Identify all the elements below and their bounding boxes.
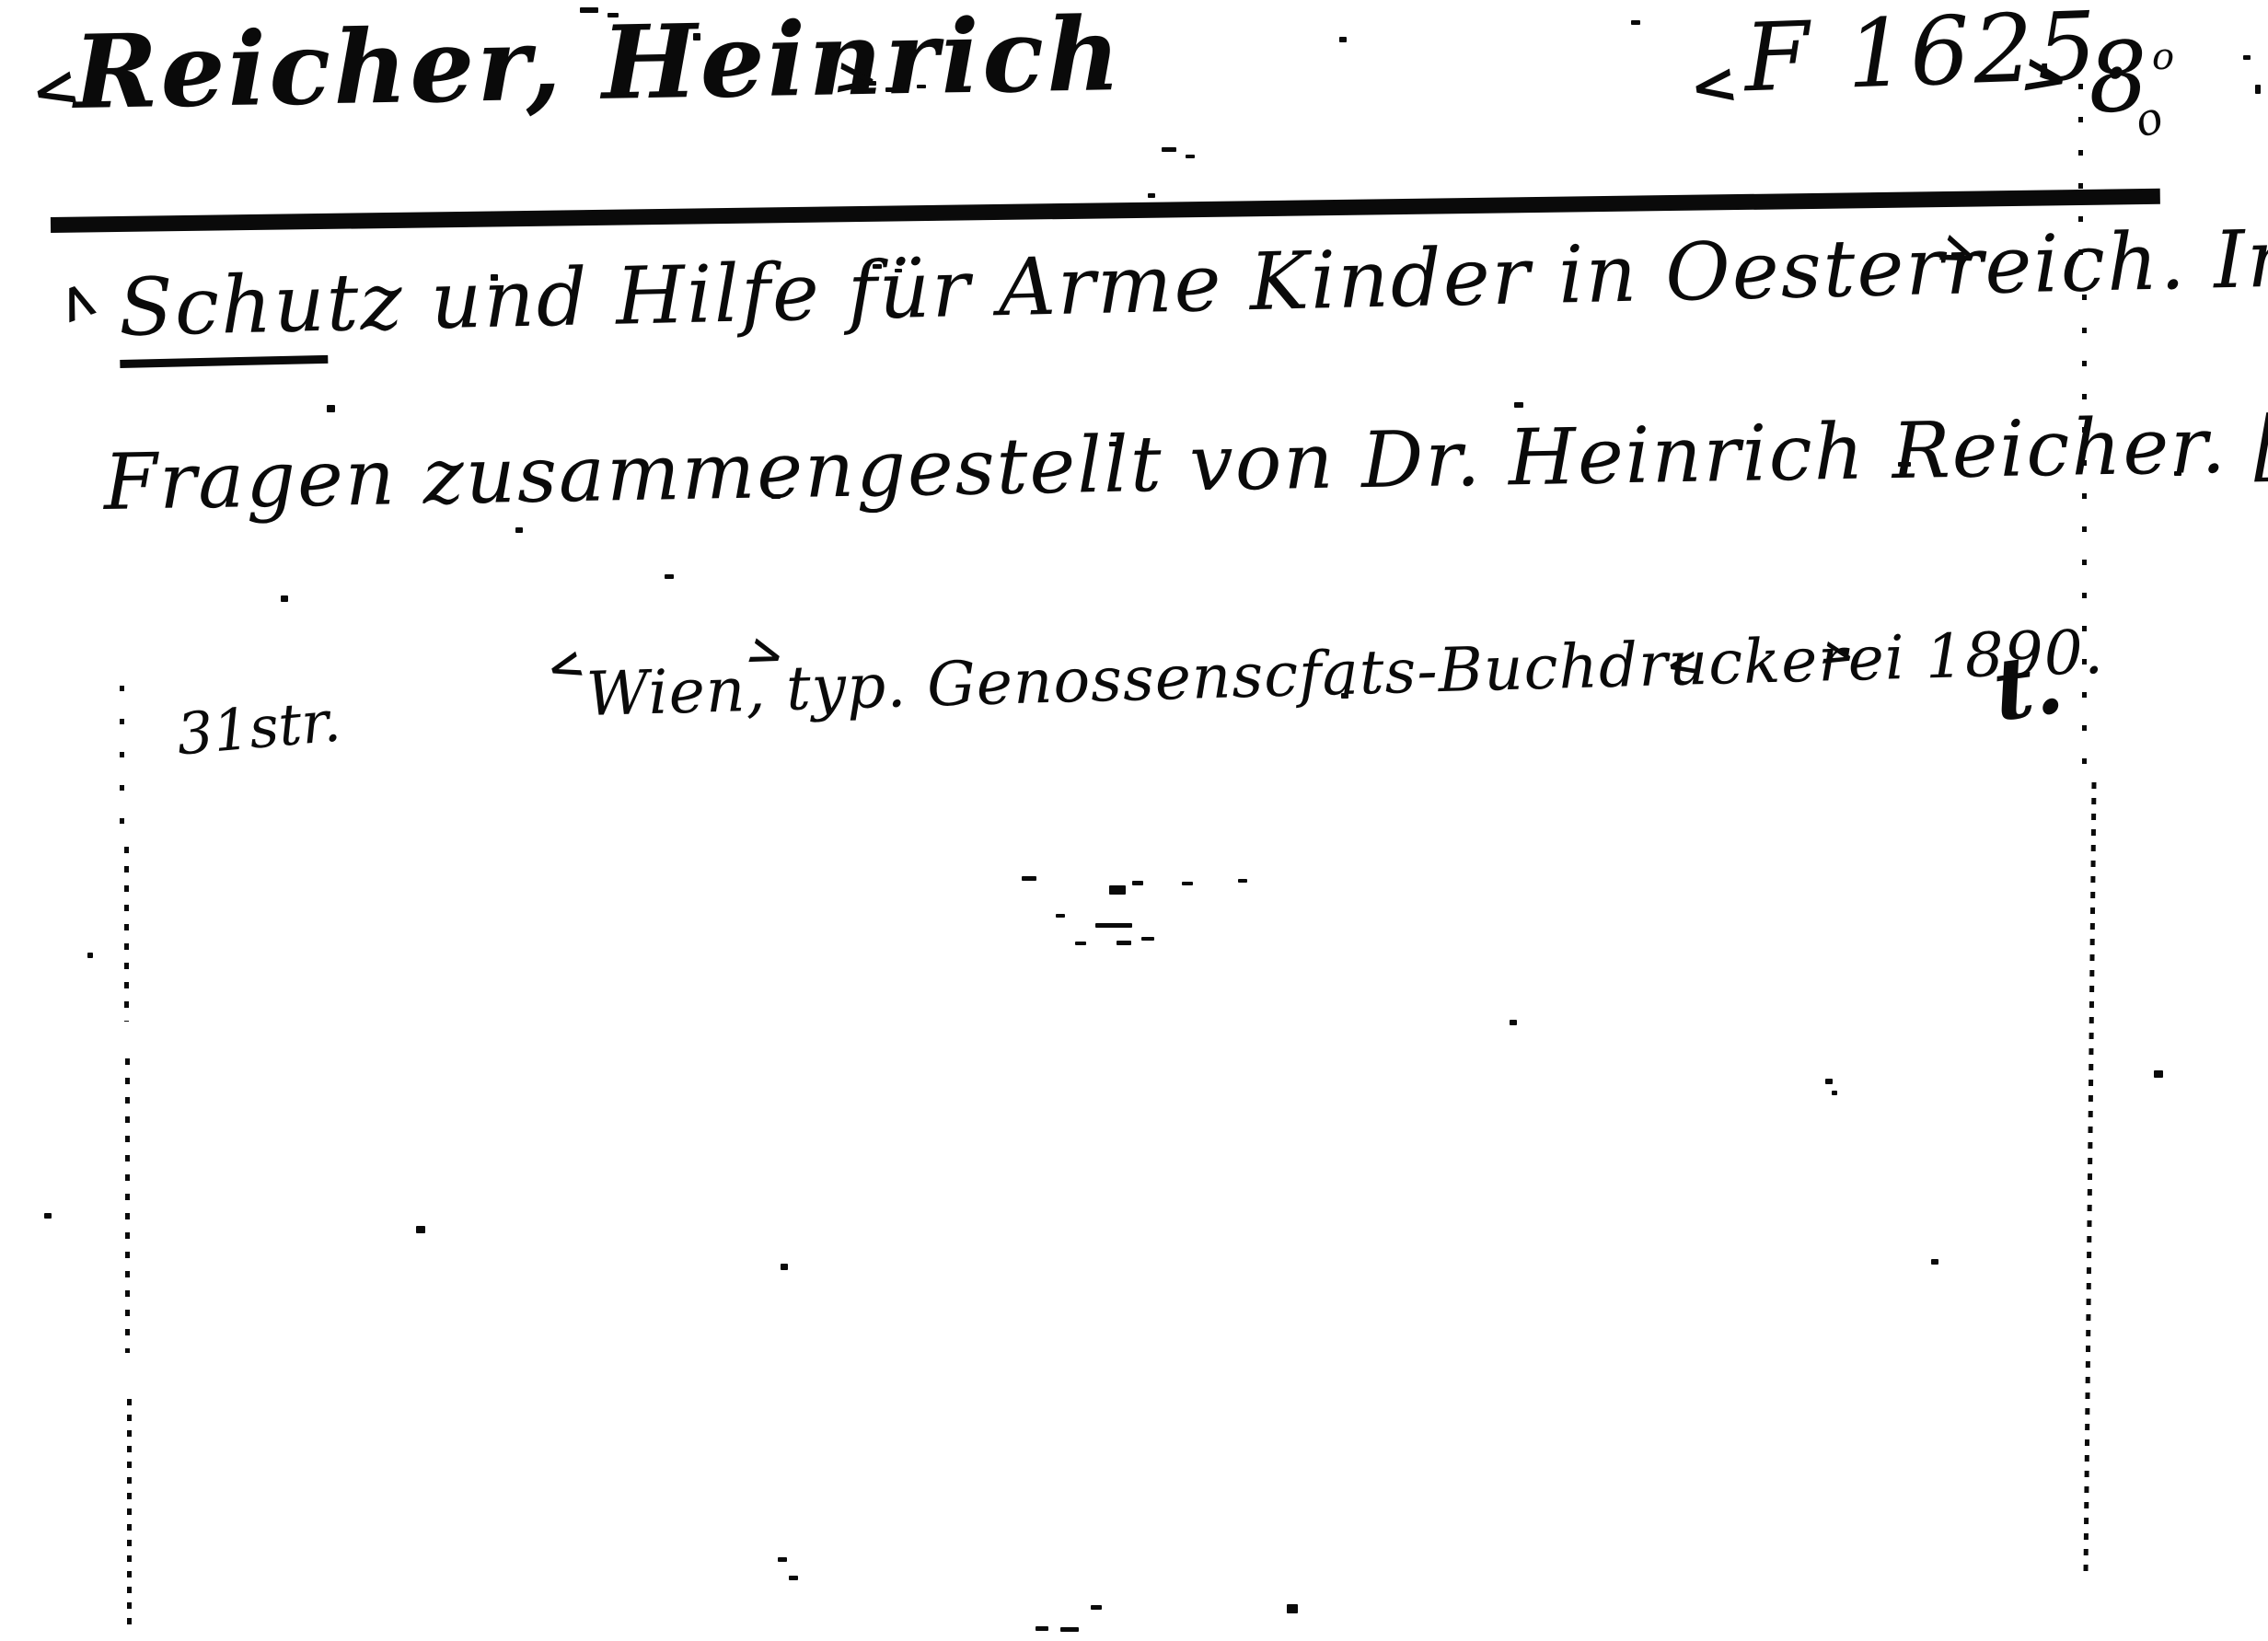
format-octavo-superscript: o	[2152, 39, 2174, 75]
format-octavo-small-o: o	[2129, 95, 2168, 145]
noise-speck	[771, 494, 781, 499]
noise-speck	[1056, 914, 1065, 918]
noise-speck	[895, 269, 902, 272]
noise-speck	[327, 405, 335, 412]
call-number: F 1625.	[1742, 0, 2135, 106]
heading-author-name: Reicher, Heinrich	[73, 4, 1124, 123]
imprint-text: Wien, typ. Genossenscfats-Buchdruckerei …	[585, 622, 2105, 725]
noise-speck	[917, 85, 926, 88]
noise-speck	[491, 274, 498, 281]
noise-speck	[416, 1226, 425, 1233]
right-dotted-guide-line-segment	[2084, 782, 2097, 1572]
noise-speck	[1182, 882, 1193, 885]
noise-speck	[1832, 1091, 1837, 1095]
noise-speck	[1287, 1604, 1298, 1613]
noise-speck	[1109, 885, 1126, 895]
noise-speck	[1036, 1626, 1048, 1631]
noise-speck	[515, 527, 523, 533]
noise-speck	[1022, 876, 1036, 881]
noise-speck	[1510, 1020, 1517, 1025]
noise-speck	[1141, 937, 1154, 941]
size-letter-mark: t.	[1988, 640, 2068, 733]
noise-speck	[1132, 881, 1143, 885]
noise-speck	[2154, 1070, 2163, 1078]
left-dotted-guide-line-segment	[124, 847, 129, 1022]
noise-speck	[1117, 941, 1131, 945]
insertion-mark-close-heading: >	[830, 49, 882, 108]
noise-speck	[1238, 879, 1247, 883]
title-line-2: Fragen zusammengestellt von Dr. Heinrich…	[103, 403, 2268, 521]
noise-speck	[1631, 20, 1640, 25]
noise-speck	[44, 1213, 52, 1219]
noise-speck	[1060, 1627, 1079, 1632]
insertion-mark-open-call-number: <	[1686, 54, 1741, 118]
noise-speck	[1514, 402, 1523, 408]
noise-speck	[1931, 1259, 1938, 1265]
noise-speck	[863, 81, 876, 86]
noise-speck	[885, 87, 904, 92]
noise-speck	[607, 13, 619, 17]
right-dotted-guide-line-segment	[2078, 51, 2083, 281]
noise-speck	[1148, 193, 1155, 198]
noise-speck	[665, 574, 674, 579]
noise-speck	[1095, 923, 1132, 928]
noise-speck	[873, 264, 882, 269]
insertion-mark-close-call-number: >	[2017, 44, 2074, 109]
right-dotted-guide-line-segment	[2082, 295, 2087, 782]
noise-speck	[2243, 55, 2251, 60]
noise-speck	[1825, 1079, 1833, 1084]
noise-speck	[281, 595, 288, 602]
noise-speck	[1162, 147, 1176, 152]
left-dotted-guide-line-segment	[120, 686, 124, 824]
insertion-mark-open-year: <	[1662, 641, 1703, 688]
left-dotted-guide-line-segment	[127, 1399, 132, 1634]
noise-speck	[2174, 471, 2181, 476]
catalog-card: < Reicher, Heinrich > < F 1625. > 8 o o …	[0, 0, 2268, 1641]
noise-speck	[1109, 442, 1117, 446]
noise-speck	[1075, 942, 1086, 945]
shelf-note: 31str.	[175, 692, 343, 763]
noise-speck	[789, 1576, 798, 1580]
insertion-mark-open-place: <	[541, 640, 589, 692]
noise-speck	[87, 953, 93, 958]
left-dotted-guide-line-segment	[125, 1058, 130, 1353]
noise-speck	[1339, 37, 1347, 42]
noise-speck	[580, 7, 598, 13]
insertion-mark-open-title: <	[47, 272, 110, 330]
noise-speck	[693, 33, 700, 40]
noise-speck	[2255, 85, 2261, 94]
noise-speck	[778, 1557, 787, 1562]
noise-speck	[781, 1264, 788, 1270]
noise-speck	[1186, 155, 1195, 158]
noise-speck	[1341, 693, 1348, 699]
noise-speck	[1091, 1605, 1102, 1610]
title-underlined-part: Schu	[118, 258, 328, 368]
noise-speck	[1898, 462, 1911, 467]
